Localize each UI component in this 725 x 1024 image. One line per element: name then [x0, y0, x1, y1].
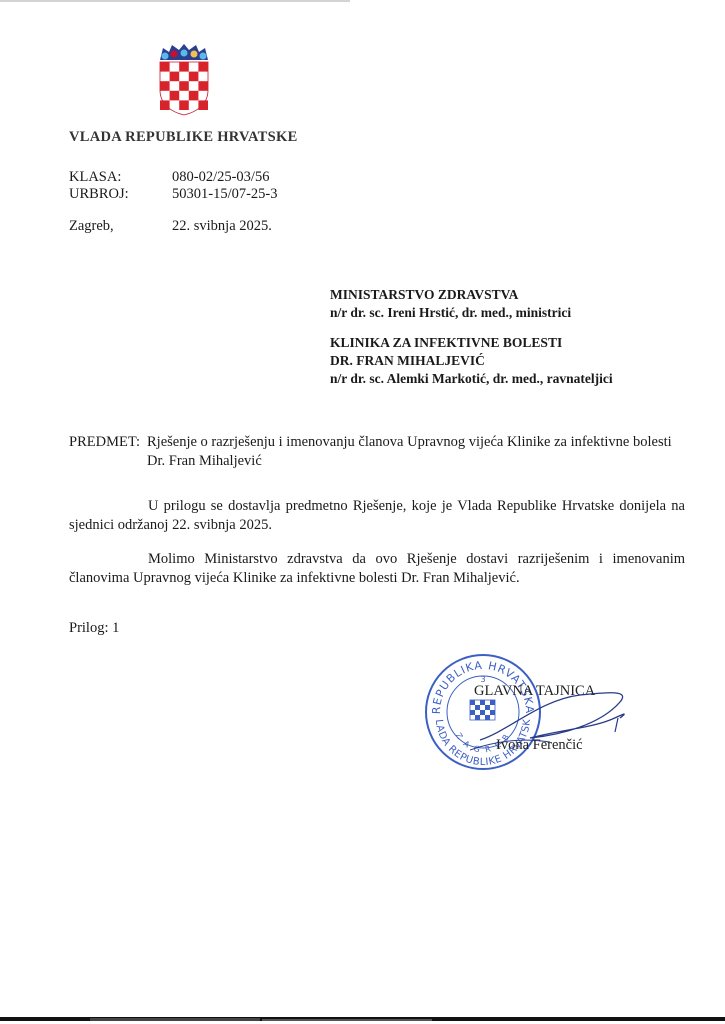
urbroj-value: 50301-15/07-25-3 — [172, 186, 278, 202]
recipient-line: MINISTARSTVO ZDRAVSTVA — [330, 286, 571, 304]
issuing-authority: VLADA REPUBLIKE HRVATSKE — [69, 129, 298, 146]
recipient-ministry: MINISTARSTVO ZDRAVSTVA n/r dr. sc. Ireni… — [330, 286, 571, 322]
date-value: 22. svibnja 2025. — [172, 218, 272, 234]
paragraph-text: U prilogu se dostavlja predmetno Rješenj… — [69, 498, 685, 533]
recipient-line: n/r dr. sc. Ireni Hrstić, dr. med., mini… — [330, 304, 571, 322]
signatory-name: Ivona Ferenčić — [496, 737, 583, 754]
urbroj-row: URBROJ:50301-15/07-25-3 — [69, 186, 278, 203]
scan-edge-top — [0, 0, 350, 2]
paragraph-text: Molimo Ministarstvo zdravstva da ovo Rje… — [69, 551, 685, 586]
body-paragraph-2: Molimo Ministarstvo zdravstva da ovo Rje… — [69, 550, 685, 588]
klasa-row: KLASA:080-02/25-03/56 — [69, 169, 269, 186]
klasa-label: KLASA: — [69, 169, 172, 186]
urbroj-label: URBROJ: — [69, 186, 172, 203]
coat-of-arms-icon — [157, 44, 211, 116]
subject-text: Rješenje o razrješenju i imenovanju član… — [147, 433, 684, 471]
subject-block: PREDMET: Rješenje o razrješenju i imenov… — [69, 433, 684, 471]
klasa-value: 080-02/25-03/56 — [172, 169, 269, 185]
recipient-line: n/r dr. sc. Alemki Markotić, dr. med., r… — [330, 370, 613, 388]
place-label: Zagreb, — [69, 218, 172, 235]
subject-label: PREDMET: — [69, 433, 140, 452]
recipient-line: KLINIKA ZA INFEKTIVNE BOLESTI — [330, 334, 613, 352]
body-paragraph-1: U prilogu se dostavlja predmetno Rješenj… — [69, 497, 685, 535]
recipient-line: DR. FRAN MIHALJEVIĆ — [330, 352, 613, 370]
place-date-row: Zagreb,22. svibnja 2025. — [69, 218, 272, 235]
attachment-note: Prilog: 1 — [69, 620, 119, 637]
recipient-clinic: KLINIKA ZA INFEKTIVNE BOLESTI DR. FRAN M… — [330, 334, 613, 388]
scan-edge-bottom — [0, 1017, 725, 1021]
